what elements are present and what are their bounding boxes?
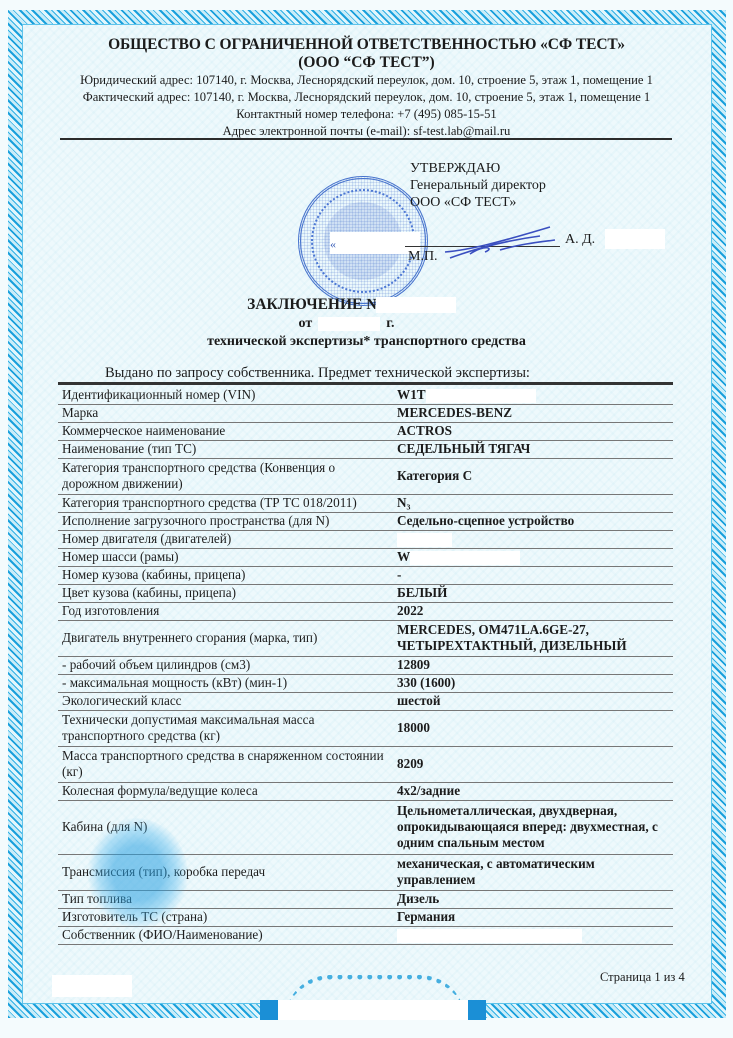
row-value: Седельно-сцепное устройство: [393, 512, 673, 530]
row-value: 330 (1600): [393, 674, 673, 692]
seal-label: М.П.: [408, 249, 438, 265]
row-label: Марка: [58, 404, 393, 422]
row-value: Германия: [393, 908, 673, 926]
legal-address: Юридический адрес: 107140, г. Москва, Ле…: [30, 72, 703, 89]
redacted-date: [330, 232, 420, 254]
row-value: 18000: [393, 710, 673, 746]
phone: Контактный номер телефона: +7 (495) 085-…: [30, 106, 703, 123]
org-name: ОБЩЕСТВО С ОГРАНИЧЕННОЙ ОТВЕТСТВЕННОСТЬЮ…: [30, 36, 703, 54]
row-value: шестой: [393, 692, 673, 710]
signature-icon: [440, 222, 560, 262]
row-label: Двигатель внутреннего сгорания (марка, т…: [58, 620, 393, 656]
table-row: Экологический классшестой: [58, 692, 673, 710]
row-label: Категория транспортного средства (ТР ТС …: [58, 494, 393, 512]
row-value: N₃: [393, 494, 673, 512]
table-row: - максимальная мощность (кВт) (мин-1)330…: [58, 674, 673, 692]
row-value: 12809: [393, 656, 673, 674]
table-row: Цвет кузова (кабины, прицепа)БЕЛЫЙ: [58, 584, 673, 602]
approver-company: ООО «СФ ТЕСТ»: [410, 194, 546, 211]
row-label: Масса транспортного средства в снаряженн…: [58, 746, 393, 782]
row-label: Трансмиссия (тип), коробка передач: [58, 854, 393, 890]
document-title: ЗАКЛЮЧЕНИЕ № отг. технической экспертизы…: [30, 295, 703, 351]
redacted-value: [397, 929, 582, 943]
row-label: Номер двигателя (двигателей): [58, 530, 393, 548]
row-value: ACTROS: [393, 422, 673, 440]
table-row: Масса транспортного средства в снаряженн…: [58, 746, 673, 782]
table-top-rule: [58, 382, 673, 385]
row-label: Год изготовления: [58, 602, 393, 620]
table-row: Колесная формула/ведущие колеса4x2/задни…: [58, 782, 673, 800]
date-quote: «: [330, 237, 336, 252]
table-row: Категория транспортного средства (ТР ТС …: [58, 494, 673, 512]
row-label: - максимальная мощность (кВт) (мин-1): [58, 674, 393, 692]
row-label: Идентификационный номер (VIN): [58, 386, 393, 404]
row-label: Колесная формула/ведущие колеса: [58, 782, 393, 800]
table-row: Номер шасси (рамы)W: [58, 548, 673, 566]
row-value: СЕДЕЛЬНЫЙ ТЯГАЧ: [393, 440, 673, 458]
redacted-signer-name: [605, 229, 665, 249]
redacted-value: [426, 389, 536, 403]
row-label: - рабочий объем цилиндров (см3): [58, 656, 393, 674]
approval-block: УТВЕРЖДАЮ Генеральный директор ООО «СФ Т…: [410, 160, 546, 211]
row-label: Номер шасси (рамы): [58, 548, 393, 566]
table-row: МаркаMERCEDES-BENZ: [58, 404, 673, 422]
row-value: MERCEDES-BENZ: [393, 404, 673, 422]
row-value: W: [393, 548, 673, 566]
table-row: - рабочий объем цилиндров (см3)12809: [58, 656, 673, 674]
row-value: [393, 530, 673, 548]
row-label: Изготовитель ТС (страна): [58, 908, 393, 926]
row-value: БЕЛЫЙ: [393, 584, 673, 602]
row-label: Коммерческое наименование: [58, 422, 393, 440]
table-row: Наименование (тип ТС)СЕДЕЛЬНЫЙ ТЯГАЧ: [58, 440, 673, 458]
row-value: Дизель: [393, 890, 673, 908]
signer-initials: А. Д.: [565, 232, 595, 248]
approve-label: УТВЕРЖДАЮ: [410, 160, 546, 177]
row-value: -: [393, 566, 673, 584]
row-value: 4x2/задние: [393, 782, 673, 800]
table-row: Двигатель внутреннего сгорания (марка, т…: [58, 620, 673, 656]
intro-text: Выдано по запросу собственника. Предмет …: [105, 365, 530, 382]
org-short-name: (ООО “СФ ТЕСТ”): [30, 54, 703, 72]
table-row: Идентификационный номер (VIN)W1T: [58, 386, 673, 404]
table-row: Категория транспортного средства (Конвен…: [58, 458, 673, 494]
approver-position: Генеральный директор: [410, 177, 546, 194]
redacted-number: [376, 297, 456, 313]
row-label: Исполнение загрузочного пространства (дл…: [58, 512, 393, 530]
table-row: Собственник (ФИО/Наименование): [58, 926, 673, 944]
row-label: Технически допустимая максимальная масса…: [58, 710, 393, 746]
header-divider: [60, 138, 672, 140]
redacted-date-value: [318, 317, 380, 331]
row-label: Категория транспортного средства (Конвен…: [58, 458, 393, 494]
conclusion-date: отг.: [10, 315, 683, 333]
row-value: 8209: [393, 746, 673, 782]
redacted-footer: [52, 975, 132, 997]
redacted-value: [397, 533, 452, 547]
row-label: Наименование (тип ТС): [58, 440, 393, 458]
redacted-value: [410, 551, 520, 565]
table-row: Коммерческое наименованиеACTROS: [58, 422, 673, 440]
table-row: Номер двигателя (двигателей): [58, 530, 673, 548]
row-label: Тип топлива: [58, 890, 393, 908]
row-label: Экологический класс: [58, 692, 393, 710]
page-number: Страница 1 из 4: [600, 970, 685, 985]
letterhead: ОБЩЕСТВО С ОГРАНИЧЕННОЙ ОТВЕТСТВЕННОСТЬЮ…: [30, 36, 703, 140]
row-label: Кабина (для N): [58, 800, 393, 854]
row-label: Номер кузова (кабины, прицепа): [58, 566, 393, 584]
row-value: W1T: [393, 386, 673, 404]
row-value: [393, 926, 673, 944]
row-label: Собственник (ФИО/Наименование): [58, 926, 393, 944]
table-row: Технически допустимая максимальная масса…: [58, 710, 673, 746]
table-row: Тип топливаДизель: [58, 890, 673, 908]
row-value: механическая, с автоматическим управлени…: [393, 854, 673, 890]
conclusion-number: ЗАКЛЮЧЕНИЕ №: [15, 295, 688, 315]
table-row: Изготовитель ТС (страна)Германия: [58, 908, 673, 926]
table-row: Исполнение загрузочного пространства (дл…: [58, 512, 673, 530]
table-row: Кабина (для N)Цельнометаллическая, двухд…: [58, 800, 673, 854]
vehicle-spec-table: Идентификационный номер (VIN)W1TМаркаMER…: [58, 386, 673, 945]
table-row: Трансмиссия (тип), коробка передачмехани…: [58, 854, 673, 890]
row-label: Цвет кузова (кабины, прицепа): [58, 584, 393, 602]
bottom-border-gap: [262, 1000, 484, 1020]
row-value: Категория C: [393, 458, 673, 494]
table-row: Год изготовления2022: [58, 602, 673, 620]
row-value: 2022: [393, 602, 673, 620]
table-row: Номер кузова (кабины, прицепа)-: [58, 566, 673, 584]
row-value: MERCEDES, OM471LA.6GE-27, ЧЕТЫРЕХТАКТНЫЙ…: [393, 620, 673, 656]
row-value: Цельнометаллическая, двухдверная, опроки…: [393, 800, 673, 854]
actual-address: Фактический адрес: 107140, г. Москва, Ле…: [30, 89, 703, 106]
document-subtitle: технической экспертизы* транспортного ср…: [30, 333, 703, 351]
